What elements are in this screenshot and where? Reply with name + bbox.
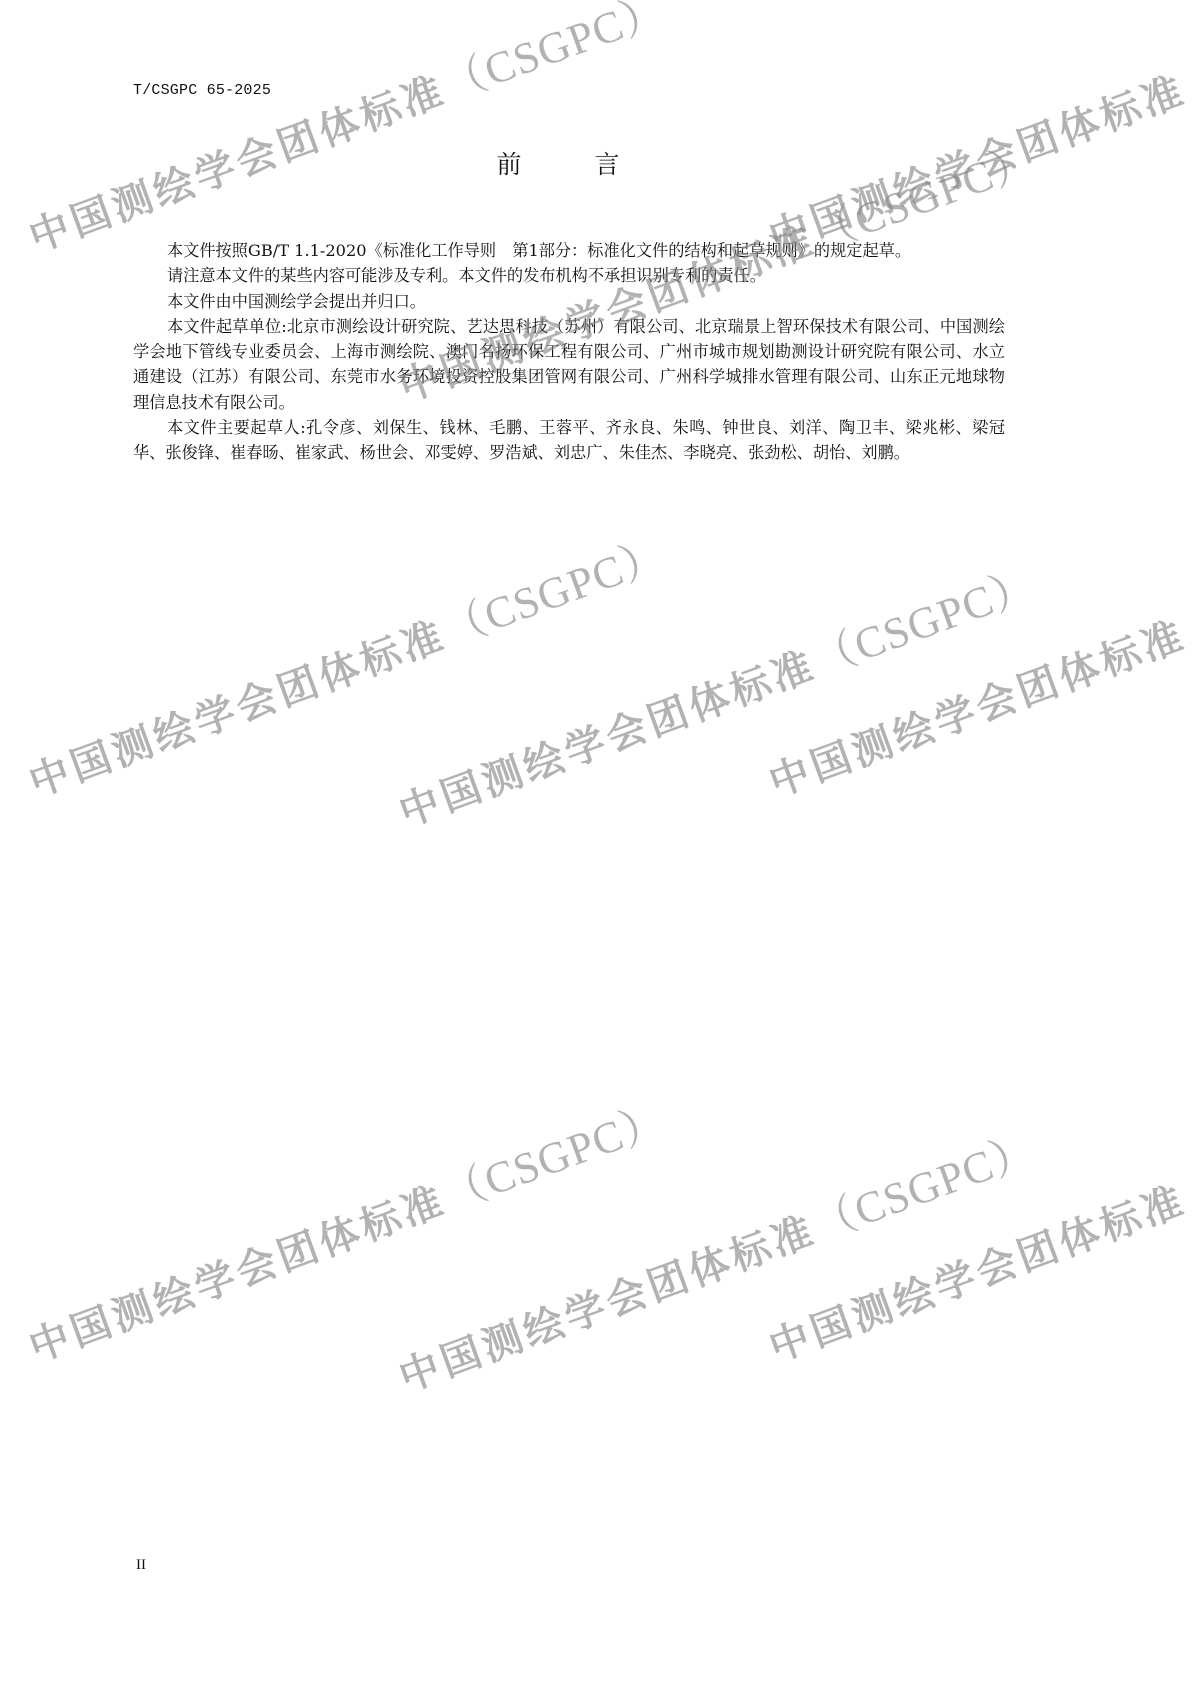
watermark-code: （CSGPC） (436, 1094, 673, 1220)
watermark-code: （CSGPC） (1176, 1094, 1199, 1220)
watermark-text: 中国测绘学会团体标准 (393, 642, 822, 836)
section-title: 前 言 (0, 145, 1140, 181)
paragraph-proposer: 本文件由中国测绘学会提出并归口。 (133, 289, 1005, 314)
watermark-code: （CSGPC） (806, 1124, 1043, 1250)
watermark-text: 中国测绘学会团体标准 (763, 612, 1192, 806)
watermark-text: 中国测绘学会团体标准 (393, 1207, 822, 1401)
page-number: II (136, 1557, 146, 1574)
paragraph-drafters: 本文件主要起草人:孔令彦、刘保生、钱林、毛鹏、王蓉平、齐永良、朱鸣、钟世良、刘洋… (133, 415, 1005, 466)
watermark-code: （CSGPC） (806, 559, 1043, 685)
watermark-code: （CSGPC） (1176, 529, 1199, 655)
watermark: 中国测绘学会团体标准（CSGPC） (388, 1113, 1044, 1404)
watermark-code: （CSGPC） (436, 0, 673, 111)
document-code: T/CSGPC 65-2025 (133, 82, 271, 99)
watermark: 中国测绘学会团体标准（CSGPC） (758, 518, 1199, 809)
document-page: T/CSGPC 65-2025 前 言 本文件按照GB/T 1.1-2020《标… (0, 0, 1199, 1696)
paragraph-patent-notice: 请注意本文件的某些内容可能涉及专利。本文件的发布机构不承担识别专利的责任。 (133, 263, 1005, 288)
paragraph-drafting-rules: 本文件按照GB/T 1.1-2020《标准化工作导则 第1部分：标准化文件的结构… (133, 238, 1005, 263)
watermark-text: 中国测绘学会团体标准 (763, 1177, 1192, 1371)
watermark-code: （CSGPC） (436, 529, 673, 655)
watermark-text: 中国测绘学会团体标准 (23, 1177, 452, 1371)
watermark: 中国测绘学会团体标准（CSGPC） (18, 0, 674, 264)
watermark: 中国测绘学会团体标准（CSGPC） (18, 1083, 674, 1374)
paragraph-drafting-units: 本文件起草单位:北京市测绘设计研究院、艺达思科技（苏州）有限公司、北京瑞景上智环… (133, 314, 1005, 415)
foreword-body: 本文件按照GB/T 1.1-2020《标准化工作导则 第1部分：标准化文件的结构… (133, 238, 1005, 466)
watermark-text: 中国测绘学会团体标准 (23, 612, 452, 806)
watermark-code: （CSGPC） (1176, 0, 1199, 111)
watermark: 中国测绘学会团体标准（CSGPC） (758, 1083, 1199, 1374)
watermark: 中国测绘学会团体标准（CSGPC） (388, 548, 1044, 839)
watermark: 中国测绘学会团体标准（CSGPC） (758, 0, 1199, 264)
watermark: 中国测绘学会团体标准（CSGPC） (18, 518, 674, 809)
